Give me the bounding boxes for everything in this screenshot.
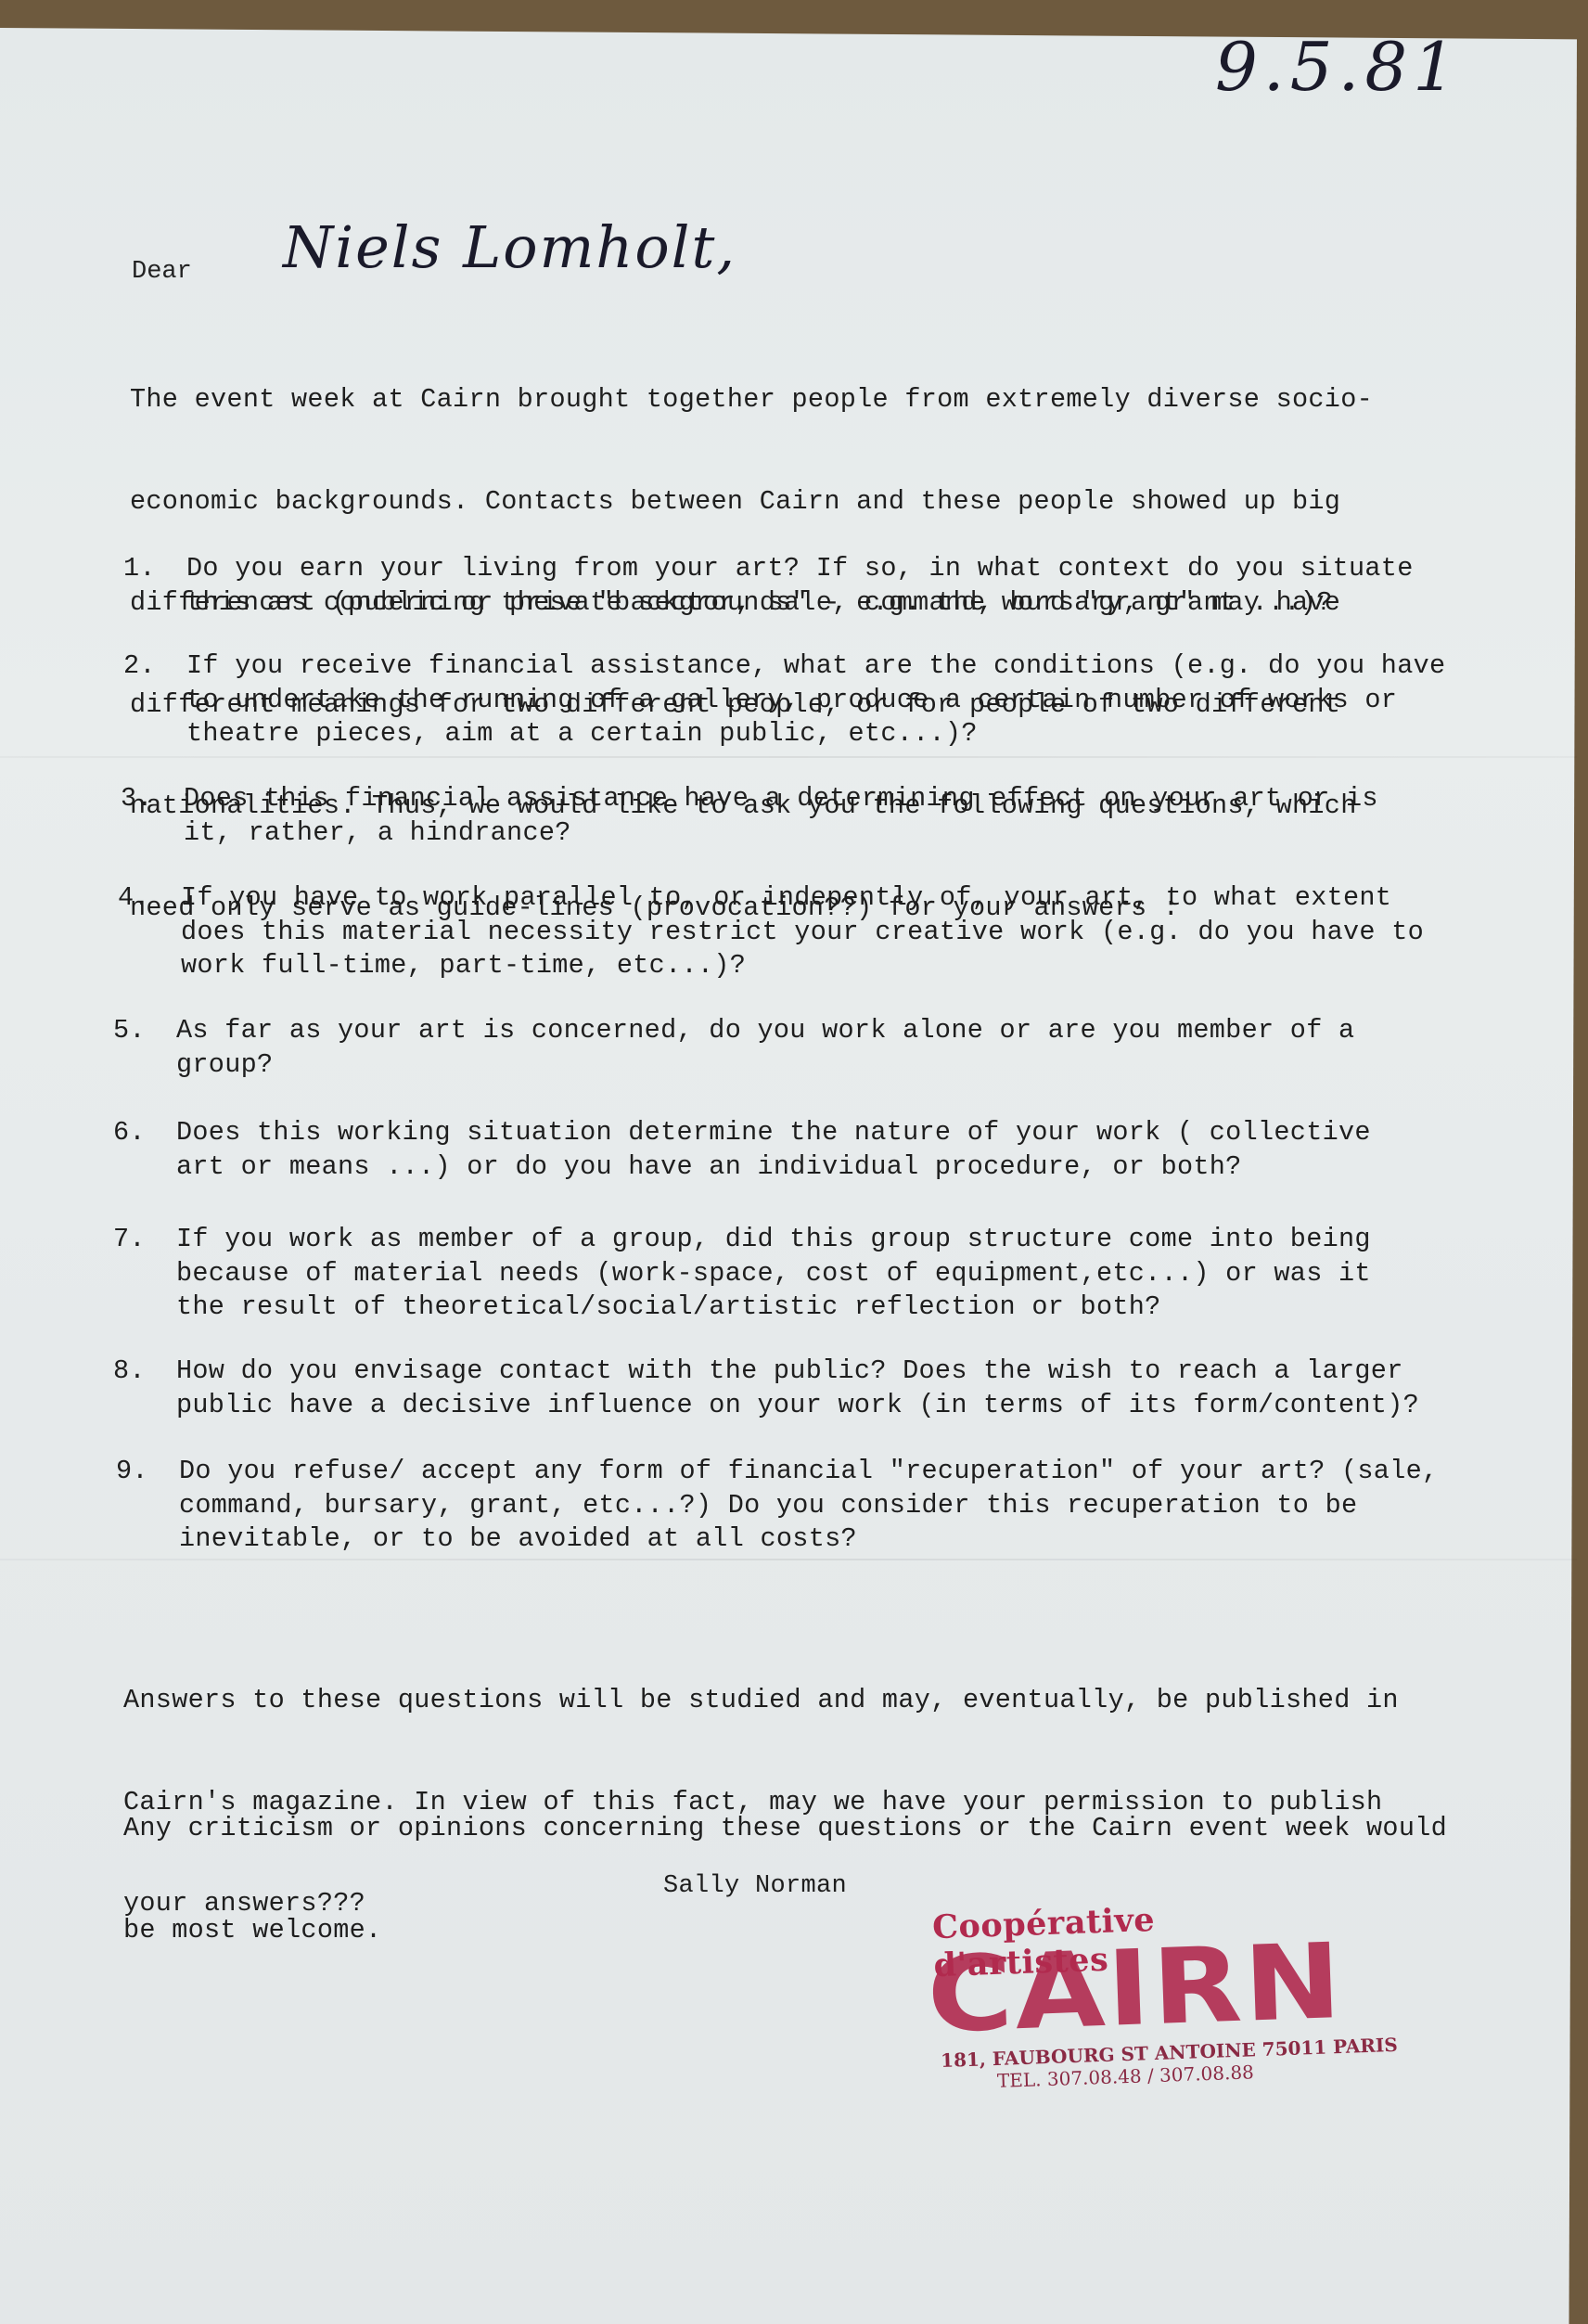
stamp-cairn-logo: CAIRN [926,1930,1345,2048]
question-text: If you receive financial assistance, wha… [186,649,1445,751]
intro-line: economic backgrounds. Contacts between C… [130,485,1373,520]
question-line: does this material necessity restrict yo… [181,916,1424,950]
signature-name: Sally Norman [663,1869,847,1904]
intro-paragraph: The event week at Cairn brought together… [130,315,1373,959]
question-line: If you receive financial assistance, wha… [186,649,1445,684]
question-text: If you work as member of a group, did th… [176,1223,1371,1325]
closing-line: Any criticism or opinions concerning the… [123,1812,1447,1846]
question-text: As far as your art is concerned, do you … [176,1014,1354,1082]
question-line: because of material needs (work-space, c… [176,1257,1371,1291]
question-number: 4. [118,881,150,916]
question-text: If you have to work parallel to, or inde… [181,881,1424,983]
question-line: command, bursary, grant, etc...?) Do you… [179,1489,1438,1523]
question-text: Do you earn your living from your art? I… [186,552,1414,620]
question-line: Do you refuse/ accept any form of financ… [179,1455,1438,1489]
question-line: inevitable, or to be avoided at all cost… [179,1522,1438,1557]
question-number: 3. [121,782,153,816]
question-number: 9. [116,1455,148,1489]
intro-line: The event week at Cairn brought together… [130,383,1373,417]
question-line: Does this working situation determine th… [176,1116,1371,1150]
handwritten-recipient-name: Niels Lomholt, [283,213,736,281]
question-line: public have a decisive influence on your… [176,1389,1419,1423]
question-line: As far as your art is concerned, do you … [176,1014,1354,1048]
handwritten-date: 9.5.81 [1215,28,1461,106]
question-text: Do you refuse/ accept any form of financ… [179,1455,1438,1557]
question-number: 5. [113,1014,146,1048]
salutation: Dear [132,258,192,286]
question-line: work full-time, part-time, etc...)? [181,949,1424,983]
question-line: art or means ...) or do you have an indi… [176,1150,1371,1185]
paper-fold-line [0,1559,1577,1560]
question-text: Does this working situation determine th… [176,1116,1371,1184]
question-line: How do you envisage contact with the pub… [176,1355,1419,1389]
question-line: Do you earn your living from your art? I… [186,552,1414,586]
question-number: 1. [123,552,156,586]
question-line: the result of theoretical/social/artisti… [176,1290,1371,1325]
question-line: it, rather, a hindrance? [184,816,1378,851]
question-text: How do you envisage contact with the pub… [176,1355,1419,1422]
question-text: Does this financial assistance have a de… [184,782,1378,850]
question-number: 7. [113,1223,146,1257]
question-number: 2. [123,649,156,684]
question-line: Does this financial assistance have a de… [184,782,1378,816]
question-line: If you have to work parallel to, or inde… [181,881,1424,916]
question-number: 8. [113,1355,146,1389]
question-line: to undertake the running of a gallery, p… [186,684,1445,718]
question-line: group? [176,1048,1354,1083]
question-line: If you work as member of a group, did th… [176,1223,1371,1257]
question-line: theatre pieces, aim at a certain public,… [186,717,1445,751]
question-number: 6. [113,1116,146,1150]
cairn-stamp: Coopérative d'artistes CAIRN 181, FAUBOU… [924,1895,1329,2104]
closing-line: Answers to these questions will be studi… [123,1684,1399,1718]
question-line: this art (public or private sector, sale… [186,586,1414,621]
